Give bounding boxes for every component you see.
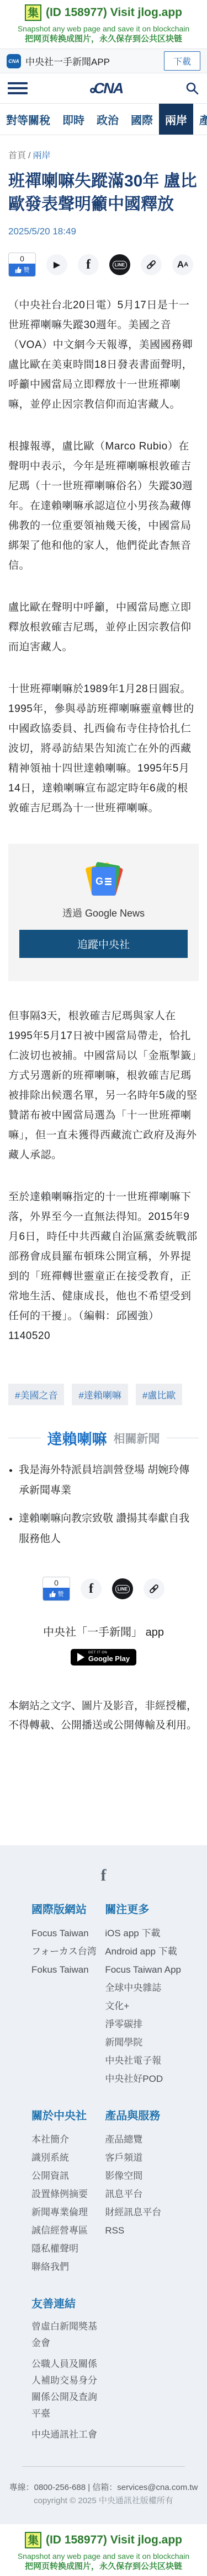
footer-column-heading: 關注更多 [105,1900,199,1916]
footer-link[interactable]: 公職人員及關係人補助交易身分關係公開及查詢平臺 [31,2356,105,2422]
app-download-button[interactable]: 下載 [164,51,200,71]
footer-link[interactable]: 新聞學院 [105,2033,199,2052]
tab-即時[interactable]: 即時 [56,104,91,135]
google-play-badge-line2: Google Play [88,1654,130,1663]
footer-link[interactable]: 曾虛白新聞獎基金會 [31,2318,105,2352]
line-icon[interactable]: LINE [112,1578,133,1599]
footer-copyright: copyright © 2025 中央通訊社版權所有 [8,2494,199,2508]
google-news-icon: G [87,863,121,897]
app-promo: 中央社「一手新聞」 app GET IT ON Google Play [0,1601,207,1665]
page-title: 班禪喇嘛失蹤滿30年 盧比歐發表聲明籲中國釋放 [0,161,207,216]
search-icon[interactable] [185,81,199,95]
spacer [0,1735,207,1845]
footer-link[interactable]: フォーカス台湾 [31,1942,105,1961]
footer-column-heading: 國際版網站 [31,1900,105,1916]
article-body: （中央社台北20日電）5月17日是十一世班禪喇嘛失蹤30週年。美國之音（VOA）… [0,277,207,840]
google-play-icon [77,1653,84,1662]
thumbs-up-icon [15,266,22,274]
app-strip-title: 中央社一手新聞APP [25,54,110,68]
breadcrumb: 首頁/兩岸 [0,135,207,161]
footer-column-1: 國際版網站Focus Taiwanフォーカス台湾Fokus Taiwan [31,1900,105,2088]
footer-link[interactable]: 中央社好POD [105,2070,199,2088]
jlog-logo-icon: 集 [25,4,41,21]
footer-link[interactable]: Focus Taiwan [31,1924,105,1942]
like-count: 0 [9,253,35,264]
footer-link[interactable]: 識別系統 [31,2149,105,2167]
footer-link[interactable]: 聯絡我們 [31,2258,105,2276]
related-suffix: 相關新聞 [114,1430,160,1447]
copy-link-icon[interactable] [141,254,162,275]
footer-divider [22,2466,185,2467]
copy-link-icon[interactable] [144,1578,164,1599]
footer-link[interactable]: 誠信經營專區 [31,2221,105,2240]
footer-link[interactable]: 新聞專業倫理 [31,2203,105,2221]
footer-link[interactable]: Android app 下載 [105,1942,199,1961]
archive-banner-link[interactable]: (ID 158977) Visit jlog.app [46,6,182,19]
footer-link[interactable]: 中央社電子報 [105,2052,199,2070]
tab-政治[interactable]: 政治 [91,104,125,135]
cna-app-icon: CNA [7,54,21,68]
tab-產經[interactable]: 產經 [193,104,207,135]
archive-banner-line1-bottom: Snapshot any web page and save it on blo… [0,2552,207,2561]
font-size-icon[interactable]: AA [172,254,193,275]
footer: f 國際版網站Focus Taiwanフォーカス台湾Fokus Taiwan關注… [0,1845,207,2524]
footer-link[interactable]: RSS [105,2221,199,2240]
archive-banner-top[interactable]: 集 (ID 158977) Visit jlog.app Snapshot an… [0,0,207,49]
facebook-icon[interactable]: f [81,1578,102,1599]
archive-banner-bottom[interactable]: 集 (ID 158977) Visit jlog.app Snapshot an… [0,2524,207,2576]
like-count-secondary: 0 [43,1577,70,1588]
footer-link-columns: 國際版網站Focus Taiwanフォーカス台湾Fokus Taiwan關注更多… [8,1900,199,2448]
share-row-secondary: 0 赞 fLINE [0,1557,207,1601]
google-news-caption: 透過 Google News [19,906,188,920]
related-news-header: 達賴喇嘛 相關新聞 [0,1405,207,1449]
footer-link[interactable]: 隱私權聲明 [31,2240,105,2258]
related-news-list: 我是海外特派員培訓營登場 胡婉玲傳承新聞專業達賴喇嘛向教宗致敬 讚揚其奉獻自我服… [0,1449,207,1557]
footer-link[interactable]: iOS app 下載 [105,1924,199,1942]
footer-link[interactable]: Fokus Taiwan [31,1961,105,1979]
google-play-badge[interactable]: GET IT ON Google Play [71,1649,136,1665]
article-paragraph: 根據報導，盧比歐（Marco Rubio）在聲明中表示，今年是班禪喇嘛根敦確吉尼… [8,437,199,576]
footer-link[interactable]: 文化+ [105,1997,199,2015]
footer-column-2: 關注更多iOS app 下載Android app 下載Focus Taiwan… [105,1900,199,2088]
tag-chip[interactable]: #盧比歐 [136,1384,182,1405]
article-paragraph: 十世班禪喇嘛於1989年1月28日圓寂。1995年，參與尋訪班禪喇嘛靈童轉世的中… [8,679,199,818]
footer-link[interactable]: 產品總覽 [105,2130,199,2149]
tag-chip[interactable]: #達賴喇嘛 [72,1384,128,1405]
share-row-primary: 0 赞 fLINEAA [0,237,207,277]
footer-link[interactable]: 全球中央雜誌 [105,1979,199,1997]
legal-notice: 本網站之文字、圖片及影音，非經授權，不得轉載、公開播送或公開傳輸及利用。 [0,1665,207,1735]
footer-link[interactable]: Focus Taiwan App [105,1961,199,1979]
menu-icon[interactable] [8,82,28,94]
top-nav: CNA [0,73,207,103]
tab-對等關稅[interactable]: 對等關稅 [0,104,56,135]
article-body-continued: 但事隔3天，根敦確吉尼瑪與家人在1995年5月17日被中國當局帶走，恰扎仁波切也… [0,1006,207,1368]
article-date: 2025/5/20 18:49 [0,216,207,237]
tag-list: #美國之音#達賴喇嘛#盧比歐 [0,1368,207,1405]
footer-column-heading: 產品與服務 [105,2107,199,2123]
breadcrumb-home[interactable]: 首頁 [8,151,26,160]
line-icon[interactable]: LINE [109,254,130,275]
like-label: 赞 [24,265,30,274]
footer-link[interactable]: 中央通訊社工會 [31,2427,105,2443]
facebook-icon[interactable]: f [8,1866,199,1885]
footer-link[interactable]: 財經訊息平台 [105,2203,199,2221]
footer-link[interactable]: 訊息平台 [105,2185,199,2203]
play-icon[interactable] [46,254,67,275]
facebook-icon[interactable]: f [78,254,99,275]
breadcrumb-section[interactable]: 兩岸 [33,151,50,160]
footer-column-3: 關於中央社本社簡介識別系統公開資訊設置條例摘要新聞專業倫理誠信經營專區隱私權聲明… [31,2107,105,2276]
article-paragraph: 但事隔3天，根敦確吉尼瑪與家人在1995年5月17日被中國當局帶走，恰扎仁波切也… [8,1006,199,1165]
like-button[interactable]: 0 赞 [8,253,36,277]
thumbs-up-icon [49,1590,56,1598]
like-button-secondary[interactable]: 0 赞 [43,1577,70,1601]
jlog-logo-icon: 集 [25,2532,41,2548]
footer-link[interactable]: 影像空間 [105,2167,199,2185]
footer-link[interactable]: 客戶頻道 [105,2149,199,2167]
related-keyword[interactable]: 達賴喇嘛 [47,1427,107,1449]
footer-column-heading: 關於中央社 [31,2107,105,2123]
archive-banner-link-bottom[interactable]: (ID 158977) Visit jlog.app [46,2534,182,2547]
like-label-secondary: 赞 [58,1589,64,1598]
footer-column-heading: 友善連結 [31,2295,105,2311]
article-paragraph: 盧比歐在聲明中呼籲，中國當局應立即釋放根敦確吉尼瑪，並停止因宗教信仰而迫害藏人。 [8,598,199,657]
related-news-item[interactable]: 我是海外特派員培訓營登場 胡婉玲傳承新聞專業 [19,1460,199,1501]
follow-cna-button[interactable]: 追蹤中央社 [19,930,188,958]
related-news-item[interactable]: 達賴喇嘛向教宗致敬 讚揚其奉獻自我服務他人 [19,1508,199,1549]
tab-兩岸[interactable]: 兩岸 [159,104,193,135]
archive-banner-line1: Snapshot any web page and save it on blo… [0,24,207,34]
tag-chip[interactable]: #美國之音 [8,1384,64,1405]
footer-link[interactable]: 公開資訊 [31,2167,105,2185]
footer-link[interactable]: 設置條例摘要 [31,2185,105,2203]
google-news-box: G 透過 Google News 追蹤中央社 [8,844,199,981]
article-paragraph: （中央社台北20日電）5月17日是十一世班禪喇嘛失蹤30週年。美國之音（VOA）… [8,296,199,415]
section-tab-bar: 對等關稅即時政治國際兩岸產經 [0,103,207,135]
footer-contact: 專線：0800-256-688 | 信箱：services@cna.com.tw [8,2481,199,2494]
app-download-strip: CNA 中央社一手新聞APP 下載 [0,49,207,73]
footer-column-5: 友善連結曾虛白新聞獎基金會公職人員及關係人補助交易身分關係公開及查詢平臺中央通訊… [31,2295,105,2448]
page: 集 (ID 158977) Visit jlog.app Snapshot an… [0,0,207,2576]
breadcrumb-separator: / [28,151,30,160]
article-paragraph: 至於達賴喇嘛指定的十一世班禪喇嘛下落，外界至今一直無法得知。2015年9月6日，… [8,1187,199,1346]
footer-link[interactable]: 淨零碳排 [105,2015,199,2033]
cna-logo[interactable]: CNA [90,80,123,97]
archive-banner-line2: 把网页转换成图片，永久保存到公共区块链 [0,34,207,44]
archive-banner-line2-bottom: 把网页转换成图片，永久保存到公共区块链 [0,2561,207,2572]
app-promo-text: 中央社「一手新聞」 app [0,1623,207,1639]
footer-link[interactable]: 本社簡介 [31,2130,105,2149]
footer-column-4: 產品與服務產品總覽客戶頻道影像空間訊息平台財經訊息平台RSS [105,2107,199,2276]
tab-國際[interactable]: 國際 [125,104,159,135]
